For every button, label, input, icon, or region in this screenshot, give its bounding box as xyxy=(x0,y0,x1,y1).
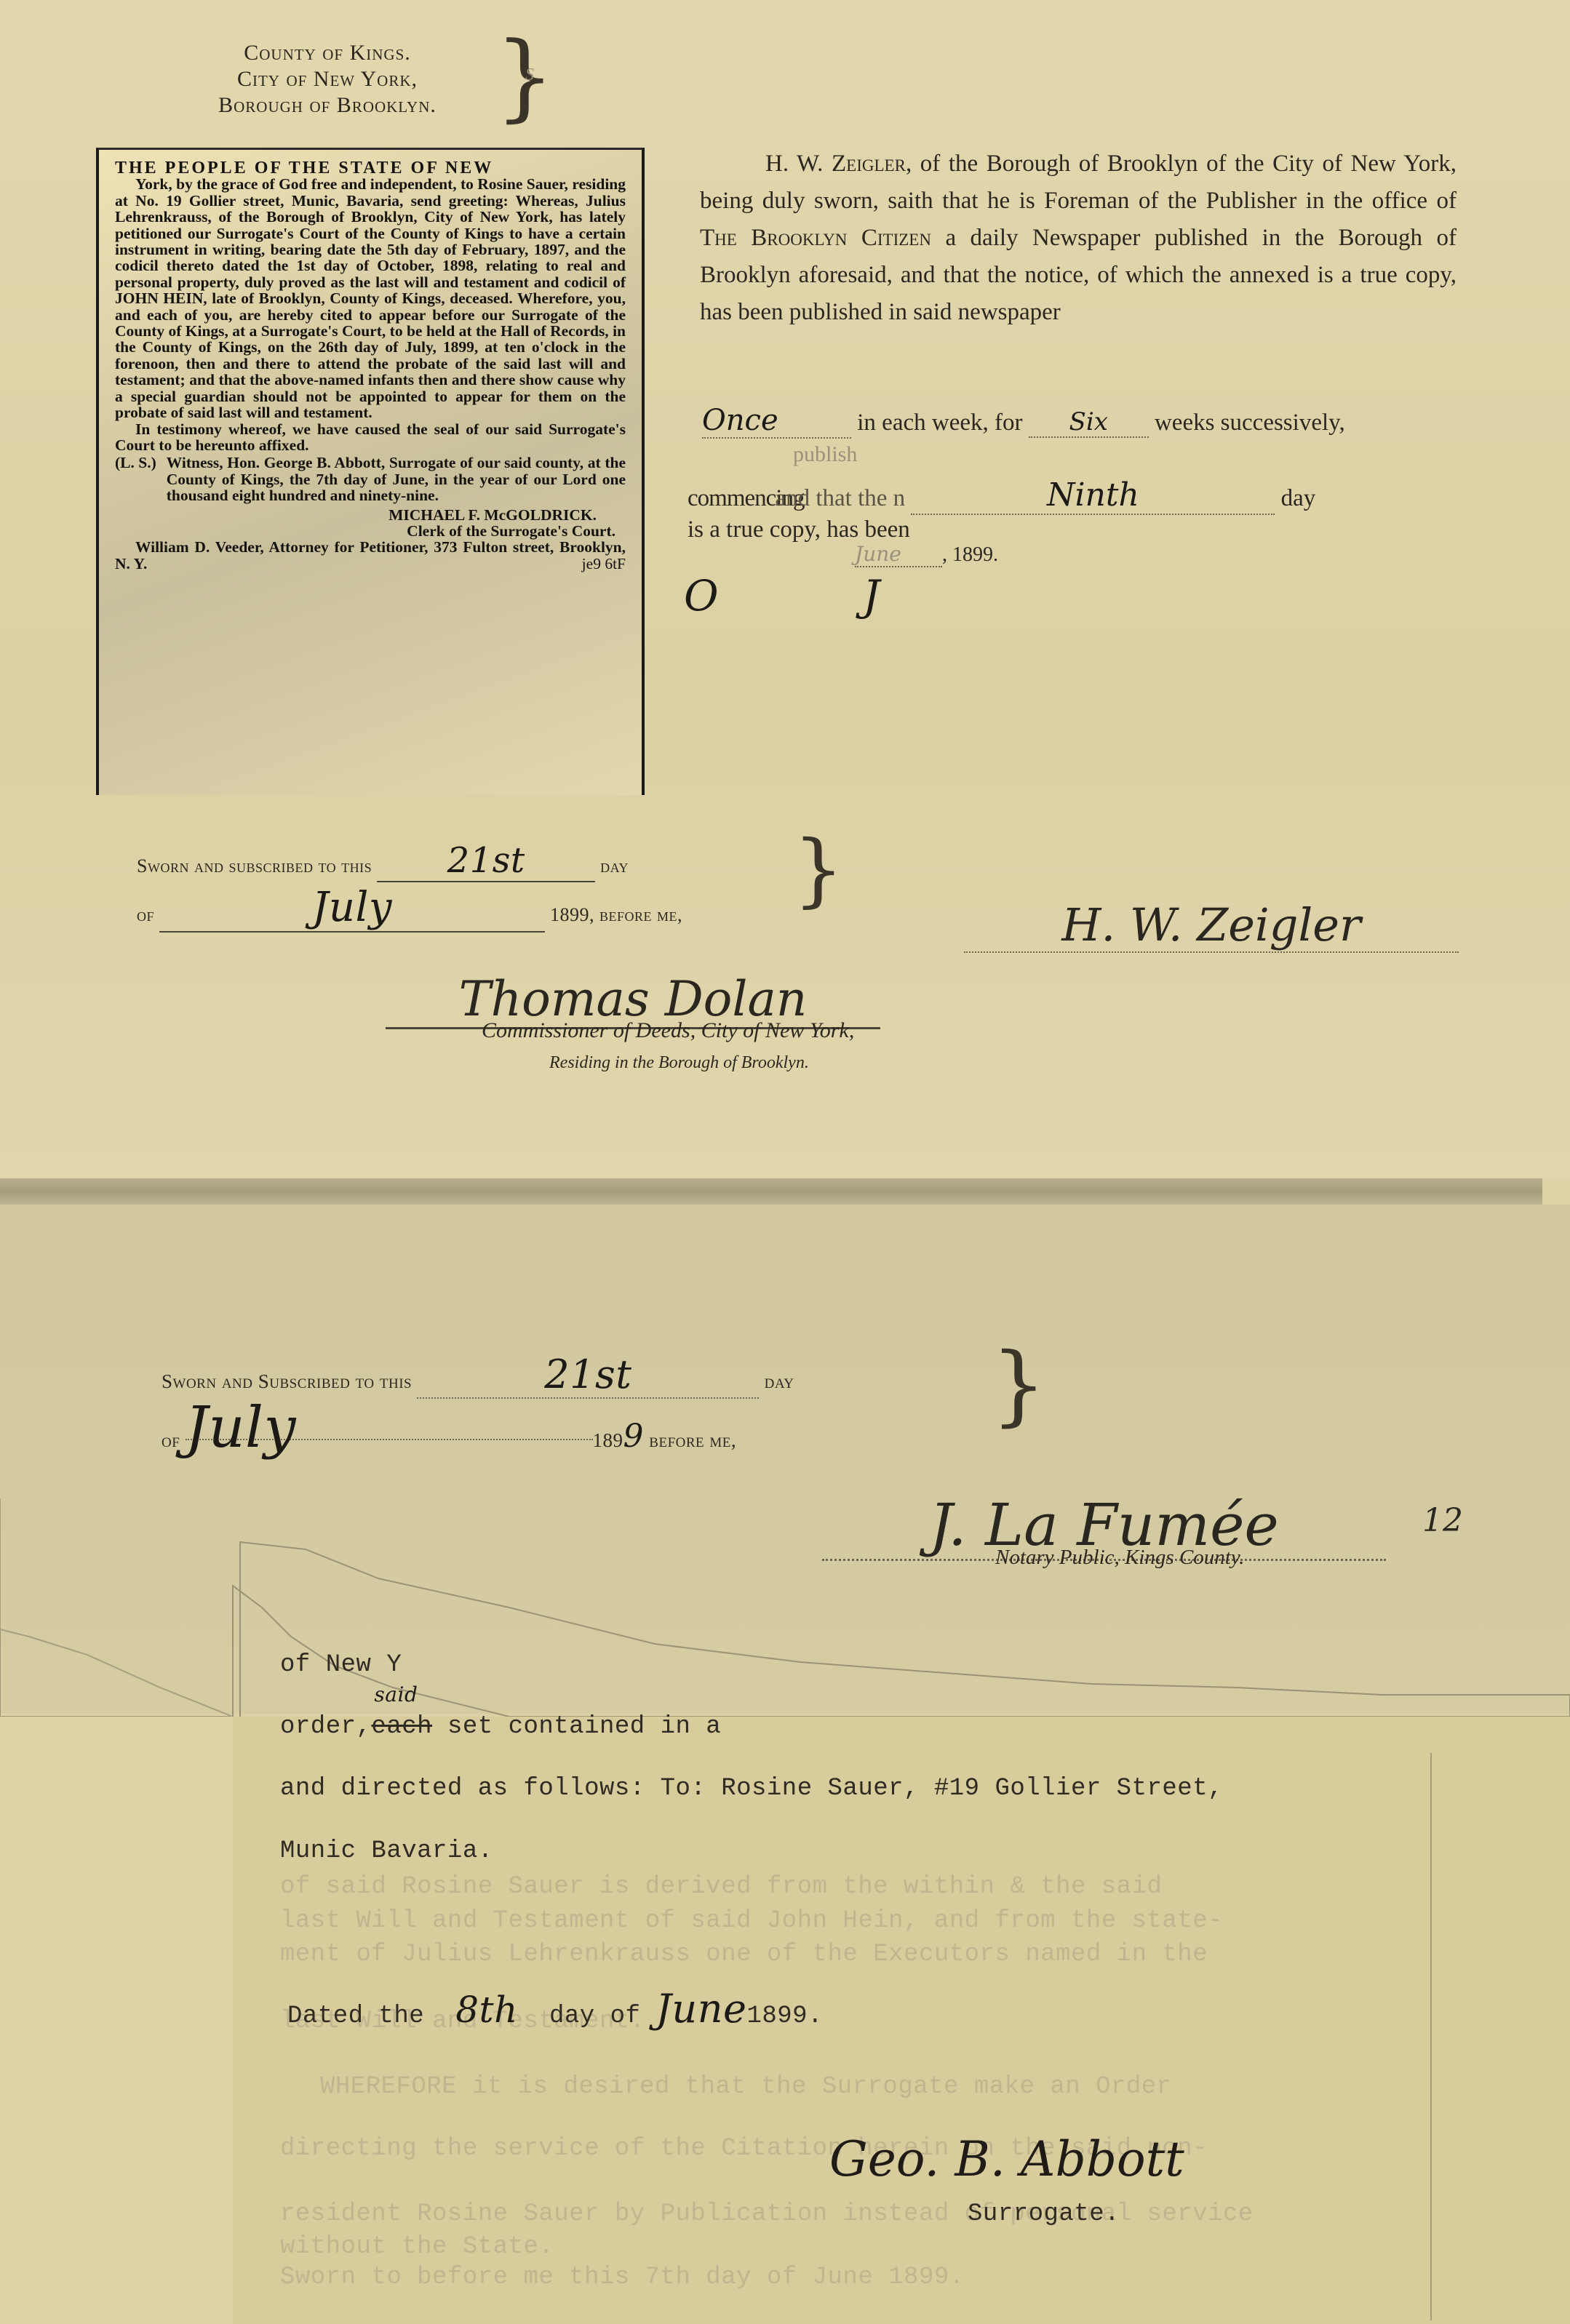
stray-handwriting: O J xyxy=(684,571,945,620)
sworn2-year-label: 189 xyxy=(593,1429,623,1451)
sworn2-day-label: day xyxy=(765,1370,794,1392)
dated-line: Dated the 8th day of June1899. xyxy=(287,1986,823,2032)
jurisdiction-borough: Borough of Brooklyn. xyxy=(175,92,480,119)
day-text: day xyxy=(1281,485,1316,511)
surrogate-signature: Geo. B. Abbott xyxy=(829,2131,1184,2187)
dated-month: June xyxy=(656,1986,746,2032)
clerk-title: Clerk of the Surrogate's Court. xyxy=(115,523,626,539)
typed-line-4: Munic Bavaria. xyxy=(280,1837,493,1865)
sworn-year-label: 1899, before me, xyxy=(550,904,682,925)
year-text: , 1899. xyxy=(942,543,998,566)
sworn-label: Sworn and subscribed to this xyxy=(137,855,372,877)
newspaper-name: The Brooklyn Citizen xyxy=(700,225,931,251)
affiant-signature-line: H. W. Zeigler xyxy=(964,898,1459,953)
typed-line-3: and directed as follows: To: Rosine Saue… xyxy=(280,1775,1223,1802)
overprint-text: and that the n xyxy=(775,485,905,511)
true-copy-line: is a true copy, has been xyxy=(688,516,910,543)
dated-day: 8th xyxy=(439,1989,534,2031)
frequency-text: in each week, for xyxy=(857,410,1022,436)
dated-label: Dated the xyxy=(287,2002,424,2030)
ghost-line: Sworn to before me this 7th day of June … xyxy=(280,2264,965,2291)
dated-year: 1899. xyxy=(746,2002,823,2030)
start-day-field: Ninth xyxy=(911,476,1275,515)
frequency-field: Once xyxy=(702,404,851,439)
newspaper-citation-clipping: THE PEOPLE OF THE STATE OF NEW York, by … xyxy=(96,148,645,795)
margin-rule xyxy=(1430,1753,1432,2320)
right-brace-icon: } xyxy=(793,829,844,909)
weeks-field: Six xyxy=(1029,407,1149,438)
commissioner-title: Commissioner of Deeds, City of New York, xyxy=(482,1018,854,1043)
weeks-text: weeks successively, xyxy=(1155,410,1345,436)
sworn2-of-label: of xyxy=(162,1429,180,1451)
sworn2-before-me: before me, xyxy=(649,1429,736,1451)
sworn-day-label: day xyxy=(600,855,629,877)
sworn2-month-field: July xyxy=(186,1417,593,1440)
affiant-signature: H. W. Zeigler xyxy=(1061,898,1360,951)
struck-word: eachsaid xyxy=(371,1713,432,1741)
sworn-day-field: 21st xyxy=(377,840,595,882)
struck-word-text: each xyxy=(371,1713,432,1741)
ghost-line: without the State. xyxy=(280,2233,554,2261)
sworn2-line-1: Sworn and Subscribed to this 21st day xyxy=(162,1351,794,1399)
commissioner-residence: Residing in the Borough of Brooklyn. xyxy=(549,1053,809,1073)
ghost-line: WHEREFORE it is desired that the Surroga… xyxy=(320,2073,1172,2101)
seal-label: (L. S.) xyxy=(115,455,156,503)
frequency-line: Once in each week, for Six weeks success… xyxy=(702,404,1459,439)
page-fold-shadow xyxy=(0,1178,1542,1205)
typed-line-1: of New Y xyxy=(280,1651,402,1679)
sworn2-day-field: 21st xyxy=(417,1351,759,1399)
clipping-body: York, by the grace of God free and indep… xyxy=(115,176,626,420)
sworn2-year-digit: 9 xyxy=(623,1418,645,1455)
sworn-line-1: Sworn and subscribed to this 21st day xyxy=(137,840,629,882)
jurisdiction-county: County of Kings. xyxy=(175,40,480,66)
commencing-line: commencingand that the n Ninth day xyxy=(688,476,1459,515)
clipping-testimony: In testimony whereof, we have caused the… xyxy=(115,421,626,454)
dated-mid: day of xyxy=(549,2002,640,2030)
clipping-headline: THE PEOPLE OF THE STATE OF NEW xyxy=(115,160,626,176)
sworn-of-label: of xyxy=(137,904,154,925)
typed-order: order, xyxy=(280,1713,371,1741)
clipping-witness-row: (L. S.) Witness, Hon. George B. Abbott, … xyxy=(115,455,626,503)
sworn-month-field: July xyxy=(159,884,545,933)
jurisdiction-city: City of New York, xyxy=(175,66,480,92)
surrogate-label: Surrogate. xyxy=(968,2200,1120,2228)
clipping-witness: Witness, Hon. George B. Abbott, Surrogat… xyxy=(167,455,626,503)
handwritten-insert: said xyxy=(374,1682,418,1706)
typed-contained: set contained in a xyxy=(447,1713,721,1741)
ghost-line: last Will and Testament of said John Hei… xyxy=(280,1907,1223,1935)
typed-line-2: order,eachsaid set contained in a xyxy=(280,1713,721,1741)
month-year-line: June, 1899. xyxy=(855,542,998,567)
notary-title: Notary Public, Kings County. xyxy=(995,1546,1244,1570)
faded-overprint: publish xyxy=(793,442,857,467)
affiant-name: H. W. Zeigler xyxy=(765,151,906,177)
month-field: June xyxy=(855,542,942,567)
sworn-line-2: of July 1899, before me, xyxy=(137,884,682,933)
right-brace-icon: } xyxy=(991,1342,1046,1429)
ghost-line: of said Rosine Sauer is derived from the… xyxy=(280,1873,1162,1901)
notary-mark: 12 xyxy=(1422,1502,1463,1539)
sworn2-line-2: of July1899 before me, xyxy=(162,1417,736,1455)
affidavit-paragraph: H. W. Zeigler, of the Borough of Brookly… xyxy=(700,145,1457,331)
margin-mark: S xyxy=(525,65,534,85)
clerk-name: MICHAEL F. McGOLDRICK. xyxy=(115,507,626,523)
sworn2-label: Sworn and Subscribed to this xyxy=(162,1370,412,1392)
insertion-code: je9 6tF xyxy=(115,556,626,572)
ghost-line: ment of Julius Lehrenkrauss one of the E… xyxy=(280,1941,1208,1968)
jurisdiction-caption: County of Kings. City of New York, Borou… xyxy=(175,40,480,119)
